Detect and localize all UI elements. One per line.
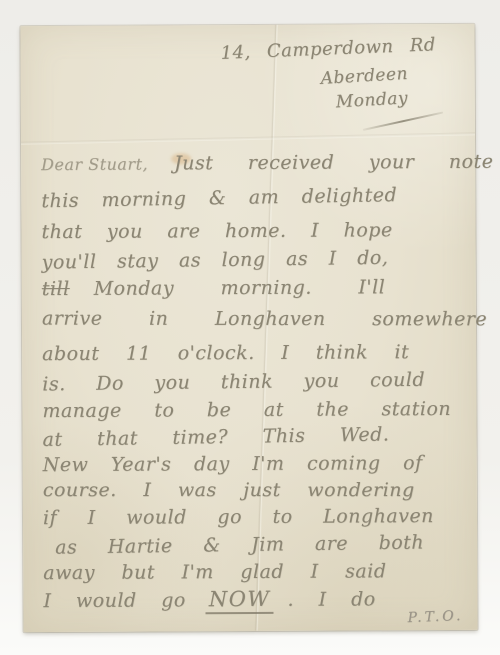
body-line: Dear Stuart,Just received your note (41, 151, 493, 175)
body-line: away but I'm glad I said (43, 560, 386, 584)
body-line: as Hartie & Jim are both (55, 531, 424, 558)
address-line: 14, Camperdown Rd (220, 34, 436, 64)
letter-paper: 14, Camperdown Rd Aberdeen Monday Dear S… (20, 24, 477, 632)
pto-note: P.T.O. (407, 608, 463, 626)
body-line: about 11 o'clock. I think it (42, 341, 409, 365)
horizontal-fold-crease (21, 132, 475, 145)
body-line: New Year's day I'm coming of (43, 452, 423, 476)
body-line: tillMonday morning. I'll (42, 276, 386, 300)
body-line: this morning & am delighted (41, 184, 397, 212)
body-line: manage to be at the station (42, 398, 451, 422)
salutation: Dear Stuart, (41, 155, 148, 175)
body-line: if I would go to Longhaven (43, 505, 434, 529)
body-line-text: I would go (43, 589, 185, 612)
pen-flourish-stroke (363, 111, 444, 130)
body-line-text: . I do (287, 588, 375, 610)
day-line: Monday (335, 88, 408, 112)
body-line: that you are home. I hope (41, 219, 392, 243)
body-line: I would goNOW. I do (43, 586, 375, 612)
body-line-text: Just received your note (174, 151, 493, 175)
body-line: course. I was just wondering (43, 479, 415, 501)
struck-out-word: till (42, 278, 70, 300)
body-line: is. Do you think you could (42, 369, 425, 396)
body-line: you'll stay as long as I do, (42, 247, 389, 274)
underlined-word: NOW (206, 587, 274, 614)
body-line: arrive in Longhaven somewhere (42, 308, 487, 331)
body-line: at that time? This Wed. (42, 423, 389, 450)
body-line-text: Monday morning. I'll (94, 276, 386, 300)
town-line: Aberdeen (320, 64, 408, 89)
